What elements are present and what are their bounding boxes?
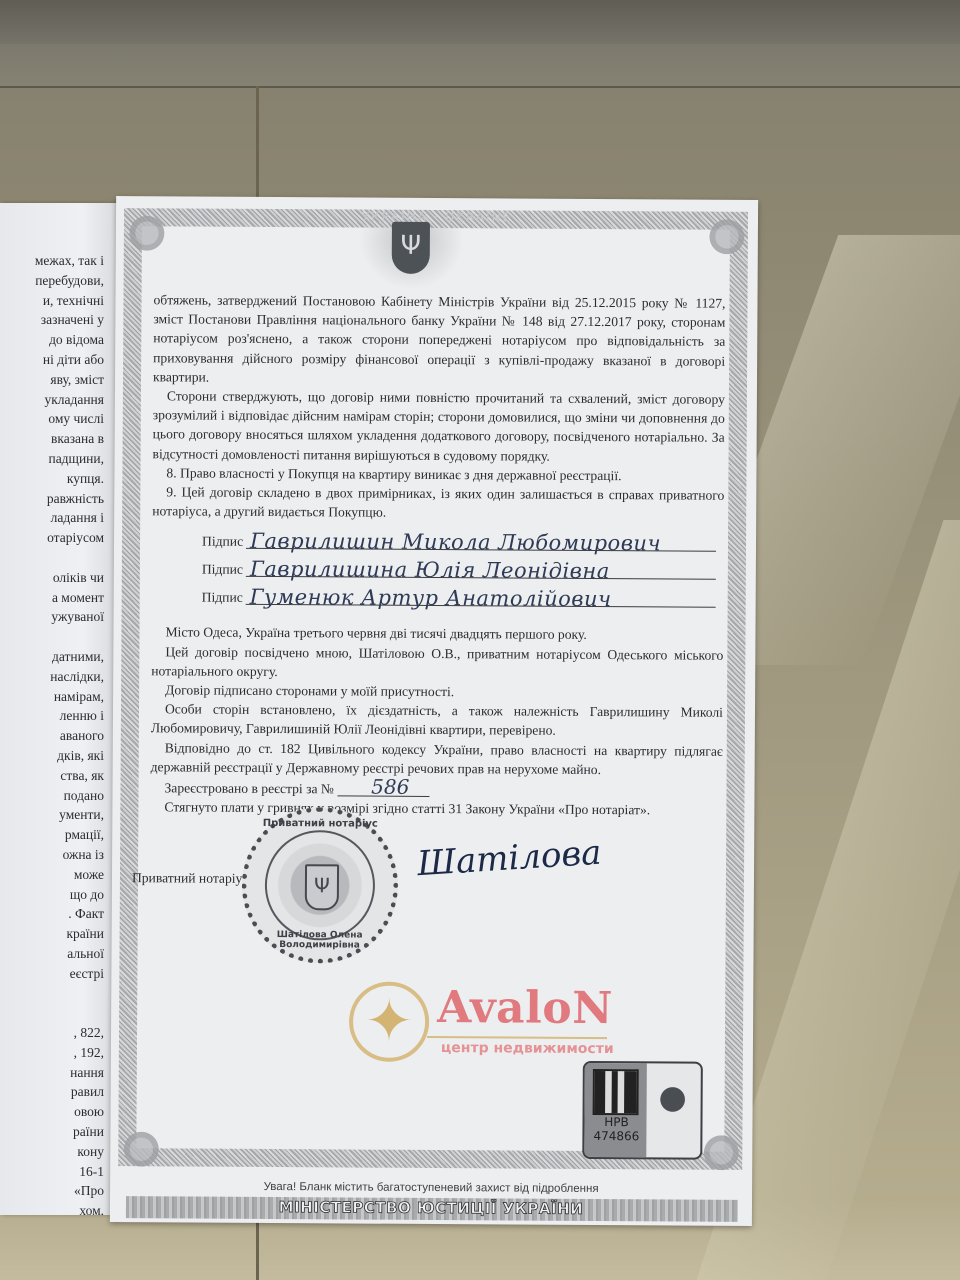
left-page-line: оліків чи <box>35 568 104 588</box>
hologram-portrait-icon <box>654 1083 690 1123</box>
left-page-line: зазначені у <box>35 310 104 330</box>
window-sill <box>0 0 960 44</box>
document-body: обтяжень, затверджений Постановою Кабіне… <box>150 290 725 820</box>
blank-series: НРВ <box>590 1115 642 1129</box>
left-page-line <box>35 1003 104 1023</box>
blank-series-number: НРВ 474866 <box>590 1115 642 1143</box>
security-warning: Увага! Бланк містить багатоступеневий за… <box>110 1180 752 1196</box>
left-page-line: рмації, <box>35 825 104 845</box>
notary-label: Приватний нотаріус <box>132 870 249 887</box>
registration-number: 586 <box>337 777 429 797</box>
left-page-line: укладання <box>35 390 104 410</box>
left-page-line: а момент <box>35 588 104 608</box>
left-book-page: межах, так іперебудови,и, технічнізазнач… <box>0 203 118 1215</box>
qr-code-icon <box>593 1069 639 1115</box>
left-page-line: подано <box>35 786 104 806</box>
registration-label: Зареєстровано в реєстрі за № <box>164 780 333 796</box>
left-page-line: до відома <box>35 330 104 350</box>
left-page-line <box>35 627 104 647</box>
handwritten-signature: Гуменюк Артур Анатолійович <box>250 588 612 609</box>
left-page-line: нання <box>35 1063 104 1083</box>
handwritten-signature: Гаврилишин Микола Любомирович <box>250 532 661 554</box>
left-page-line: перебудови, <box>35 271 104 291</box>
left-page-line: дків, які <box>35 746 104 766</box>
left-page-line: аваного <box>35 726 104 746</box>
corner-ornament <box>120 206 174 260</box>
certification-line: Особи сторін встановлено, їх дієздатніст… <box>151 700 723 742</box>
left-page-text: межах, так іперебудови,и, технічнізазнач… <box>35 251 104 1215</box>
corner-ornament <box>114 1122 168 1176</box>
left-page-line: що до <box>35 885 104 905</box>
left-page-line: кону <box>35 1142 104 1162</box>
left-page-line: отаріусом <box>35 528 104 548</box>
notary-seal: Приватний нотаріус Ψ Шатілова Олена Воло… <box>241 807 398 964</box>
left-page-line: намірам, <box>35 687 104 707</box>
left-page-line: , 822, <box>35 1023 104 1043</box>
left-page-line: раїни <box>35 1122 104 1142</box>
left-page-line: и, технічні <box>35 291 104 311</box>
window-ledge <box>0 44 960 88</box>
signature-row: Підпис Гаврилишин Микола Любомирович <box>162 527 724 558</box>
left-page-line: ладання і <box>35 508 104 528</box>
handwritten-signature: Гаврилишина Юлія Леонідівна <box>250 560 610 581</box>
blank-security-label: НРВ 474866 <box>582 1061 703 1160</box>
ukraine-trident-icon: Ψ <box>392 222 430 274</box>
left-page-line: ужуваної <box>35 607 104 627</box>
left-page-line: ожна із <box>35 845 104 865</box>
signature-label: Підпис <box>202 532 243 551</box>
left-page-line: вказана в <box>35 429 104 449</box>
fee-line: Стягнуто плати у гривнях у розмірі згідн… <box>150 798 722 821</box>
left-page-line: . Факт <box>35 904 104 924</box>
left-page-line: 16-1 <box>35 1162 104 1182</box>
left-page-line: ументи, <box>35 805 104 825</box>
left-page-line: падщини, <box>35 449 104 469</box>
left-page-line: ні діти або <box>35 350 104 370</box>
compass-rose-icon: ✦ <box>349 981 429 1061</box>
corner-ornament <box>700 210 754 264</box>
left-page-line: «Про <box>35 1181 104 1201</box>
left-page-line: датними, <box>35 647 104 667</box>
left-page-line: равжність <box>35 489 104 509</box>
left-page-line <box>35 983 104 1003</box>
paragraph: Сторони стверджують, що договір ними пов… <box>153 386 725 466</box>
blank-number: 474866 <box>590 1129 642 1143</box>
signature-label: Підпис <box>202 560 243 579</box>
seal-bottom-text: Шатілова Олена Володимирівна <box>247 930 393 951</box>
left-page-line: наслідки, <box>35 667 104 687</box>
left-page-line: купця. <box>35 469 104 489</box>
left-page-line <box>35 548 104 568</box>
left-page-line: межах, так і <box>35 251 104 271</box>
left-page-line: еєстрі <box>35 964 104 984</box>
watermark-subtitle: центр недвижимости <box>441 1040 614 1057</box>
left-page-line: ому числі <box>35 409 104 429</box>
watermark-brand: AvaloN <box>437 982 613 1034</box>
signature-row: Підпис Гаврилишина Юлія Леонідівна <box>162 555 724 586</box>
notarial-document: УКРАЇНА · UKRAINE Ψ обтяжень, затверджен… <box>110 196 758 1226</box>
ukraine-trident-icon: Ψ <box>305 864 339 910</box>
avalon-watermark: ✦ AvaloN центр недвижимости <box>349 981 650 1073</box>
left-page-line: овою <box>35 1102 104 1122</box>
certification-line: Відповідно до ст. 182 Цивільного кодексу… <box>151 738 723 780</box>
paragraph: обтяжень, затверджений Постановою Кабіне… <box>153 290 726 390</box>
left-page-line: яву, зміст <box>35 370 104 390</box>
left-page-line: , 192, <box>35 1043 104 1063</box>
watermark-underline <box>427 1036 607 1039</box>
left-page-line: альної <box>35 944 104 964</box>
paragraph: 9. Цей договір складено в двох примірник… <box>152 482 724 524</box>
left-page-line: може <box>35 865 104 885</box>
left-page-line: ства, як <box>35 766 104 786</box>
left-page-line: равил <box>35 1082 104 1102</box>
signature-row: Підпис Гуменюк Артур Анатолійович <box>162 583 724 614</box>
left-page-line: країни <box>35 924 104 944</box>
seal-top-text: Приватний нотаріус <box>247 818 393 830</box>
signature-label: Підпис <box>202 588 243 607</box>
certification-line: Цей договір посвідчено мною, Шатіловою О… <box>151 642 723 684</box>
left-page-line: ленню і <box>35 706 104 726</box>
left-page-line: хом, <box>35 1201 104 1215</box>
